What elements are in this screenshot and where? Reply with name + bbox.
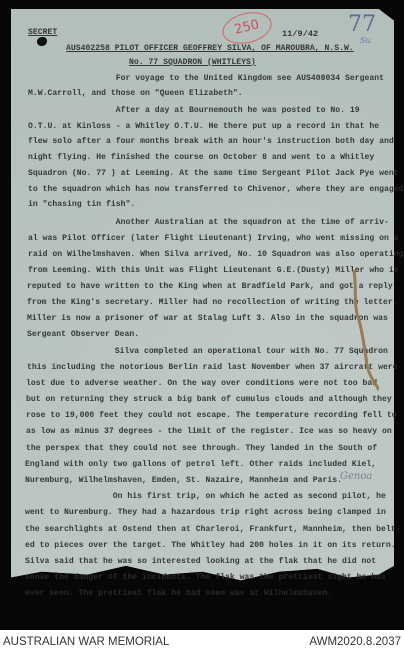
text-line: al was Pilot Officer (later Flight Lieut…	[28, 234, 399, 243]
text-line: M.W.Carroll, and those on "Queen Elizabe…	[28, 89, 243, 98]
text-line: from Leeming. With this Unit was Flight …	[28, 266, 399, 275]
text-line: this including the notorious Berlin raid…	[27, 363, 398, 372]
text-line: from the King's secretary. Miller had no…	[27, 298, 398, 307]
handwritten-genoa: Genoa	[340, 471, 372, 482]
text-line: the perspex that they could not see thro…	[26, 444, 377, 453]
text-line: but on returning they struck a big bank …	[26, 395, 392, 404]
text-line: to the squadron which has now transferre…	[28, 185, 404, 194]
text-line: went to Nuremburg. They had a hazardous …	[25, 508, 386, 517]
text-line: O.T.U. at Kinloss - a Whitley O.T.U. He …	[28, 122, 379, 131]
ink-blot	[37, 37, 47, 46]
text-line: ever seen. The prettiest flak he had see…	[25, 589, 332, 598]
document-date: 11/9/42	[282, 29, 318, 39]
text-line: Sergeant Observer Dean.	[27, 330, 139, 339]
text-line: For voyage to the United Kingdom see AUS…	[28, 74, 384, 83]
accession-number: AWM2020.8.2037	[309, 631, 401, 653]
text-line: night flying. He finished the course on …	[28, 153, 374, 162]
text-line: Silva completed an operational tour with…	[27, 347, 388, 356]
text-line: On his first trip, on which he acted as …	[25, 492, 386, 501]
text-line: flew solo after a four months break with…	[28, 137, 394, 146]
institution-caption: AUSTRALIAN WAR MEMORIAL	[3, 631, 169, 653]
text-line: lost due to adverse weather. On the way …	[26, 379, 377, 388]
classification-label: SECRET	[28, 28, 57, 37]
text-line: rose to 19,000 feet they could not escap…	[26, 411, 397, 420]
text-line: Miller is now a prisoner of war at Stala…	[27, 314, 388, 323]
text-line: England with only two gallons of petrol …	[25, 460, 376, 469]
document-subtitle: No. 77 SQUADRON (WHITLEYS)	[129, 58, 256, 67]
document-title: AUS402258 PILOT OFFICER GEOFFREY SILVA, …	[66, 44, 354, 53]
handwritten-77: 77	[348, 12, 376, 37]
text-line: reputed to have written to the King when…	[27, 282, 393, 291]
text-line: in "chasing tin fish".	[28, 200, 135, 209]
text-line: After a day at Bournemouth he was posted…	[28, 106, 360, 115]
text-line: Nuremburg, Wilhelmshaven, Emden, St. Naz…	[25, 476, 342, 485]
text-line: raid on Wilhelmshaven. When Silva arrive…	[28, 250, 404, 259]
text-line: as low as minus 37 degrees - the limit o…	[26, 427, 392, 436]
text-line: ed to pieces over the target. The Whitle…	[25, 541, 396, 550]
text-line: Another Australian at the squadron at th…	[28, 218, 389, 227]
text-line: the searchlights at Ostend then at Charl…	[25, 525, 401, 534]
paper-tear-stain	[349, 270, 379, 400]
document-scan: SECRET 11/9/42 250 77 Su AUS402258 PILOT…	[0, 0, 404, 630]
text-line: Squadron (No. 77 ) at Leeming. At the sa…	[28, 169, 399, 178]
text-line: sense the danger of the incidents. The f…	[25, 573, 386, 582]
handwritten-initials: Su	[360, 36, 371, 45]
text-line: Silva said that he was so interested loo…	[25, 557, 376, 566]
